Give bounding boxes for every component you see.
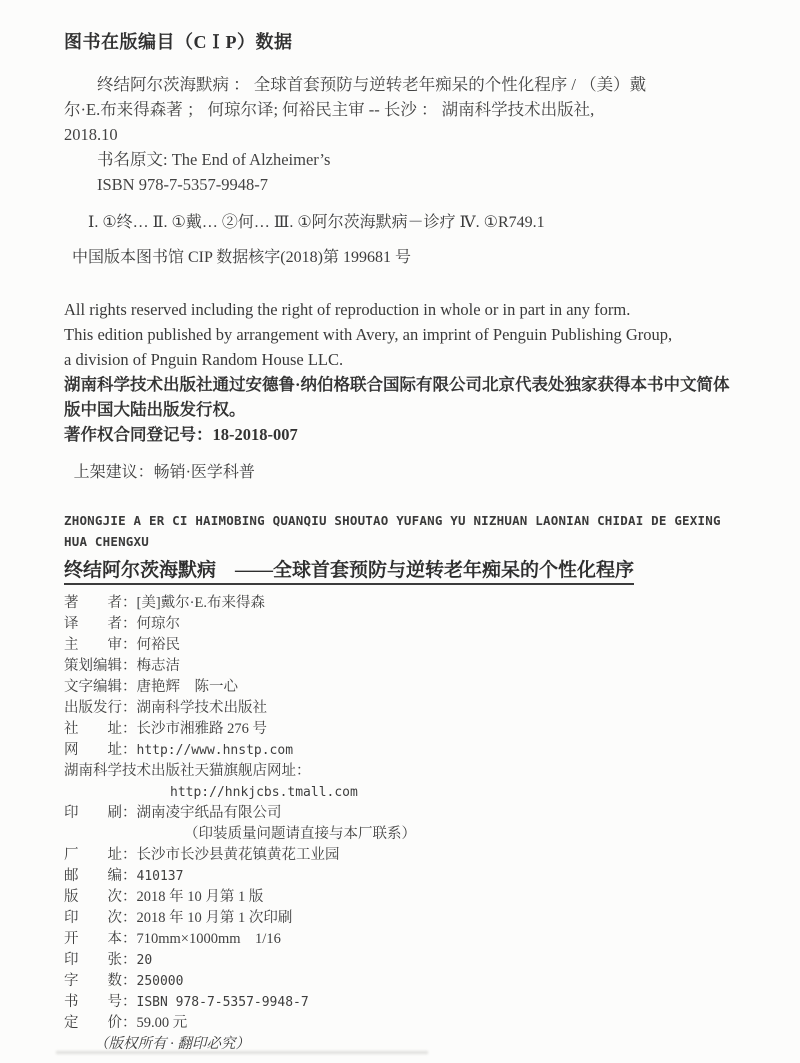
info-row-office-address: 社 址：长沙市湘雅路 276 号 [64, 719, 762, 740]
page-body: 图书在版编目（CＩP）数据 终结阿尔茨海默病 ： 全球首套预防与逆转老年痴呆的个… [0, 0, 800, 1055]
info-value: 2018 年 10 月第 1 次印刷 [137, 910, 293, 926]
rights-line-zh-2: 版中国大陆出版发行权。 [64, 397, 762, 422]
info-value: 长沙市长沙县黄花镇黄花工业园 [137, 847, 340, 863]
info-row-price: 定 价：59.00 元 [64, 1013, 762, 1034]
info-value: 2018 年 10 月第 1 版 [137, 889, 264, 905]
info-row-format: 开 本：710mm×1000mm 1/16 [64, 929, 762, 950]
info-value: 何裕民 [137, 637, 181, 653]
info-row-tmall-note: 湖南科学技术出版社天猫旗舰店网址： [64, 761, 762, 782]
info-value: 湖南科学技术出版社 [137, 700, 268, 716]
info-value: [美]戴尔·E.布来得森 [137, 595, 265, 611]
info-value: 何琼尔 [137, 616, 181, 632]
cip-record-line-1: 终结阿尔茨海默病 ： 全球首套预防与逆转老年痴呆的个性化程序 / （美）戴 [64, 72, 762, 97]
info-value: 湖南凌宇纸品有限公司 [137, 805, 282, 821]
rights-line-en-3: a division of Pnguin Random House LLC. [64, 347, 762, 372]
info-label: 字 数： [64, 973, 137, 989]
info-row-translator: 译 者：何琼尔 [64, 614, 762, 635]
pinyin-line-2: HUA CHENGXU [64, 531, 762, 552]
info-label: 印 刷： [64, 805, 137, 821]
info-label: 厂 址： [64, 847, 137, 863]
rights-block: All rights reserved including the right … [64, 297, 762, 447]
cip-registry-line: 中国版本图书馆 CIP 数据核字(2018)第 199681 号 [64, 244, 762, 267]
info-row-impression: 印 次：2018 年 10 月第 1 次印刷 [64, 908, 762, 929]
info-value: 710mm×1000mm 1/16 [137, 931, 281, 947]
info-value: 唐艳辉 陈一心 [137, 679, 239, 695]
pinyin-line-1: ZHONGJIE A ER CI HAIMOBING QUANQIU SHOUT… [64, 510, 762, 531]
rights-line-en-1: All rights reserved including the right … [64, 297, 762, 322]
info-row-author: 著 者：[美]戴尔·E.布来得森 [64, 593, 762, 614]
info-value: ISBN 978-7-5357-9948-7 [137, 995, 309, 1010]
rights-line-en-2: This edition published by arrangement wi… [64, 322, 762, 347]
title-block: ZHONGJIE A ER CI HAIMOBING QUANQIU SHOUT… [64, 510, 762, 585]
info-row-edition: 版 次：2018 年 10 月第 1 版 [64, 887, 762, 908]
print-quality-note: （印装质量问题请直接与本厂联系） [64, 824, 762, 845]
tmall-store-url: http://hnkjcbs.tmall.com [64, 782, 762, 803]
info-row-book-number: 书 号：ISBN 978-7-5357-9948-7 [64, 992, 762, 1013]
original-title-line: 书名原文: The End of Alzheimer’s [64, 147, 762, 172]
info-label: 印 张： [64, 952, 137, 968]
info-label: 社 址： [64, 721, 137, 737]
info-label: 印 次： [64, 910, 137, 926]
info-row-factory-address: 厂 址：长沙市长沙县黄花镇黄花工业园 [64, 845, 762, 866]
info-value: 梅志洁 [137, 658, 181, 674]
info-row-printer: 印 刷：湖南凌宇纸品有限公司 [64, 803, 762, 824]
info-row-text-editor: 文字编辑：唐艳辉 陈一心 [64, 677, 762, 698]
info-label: 文字编辑： [64, 679, 137, 695]
info-row-reviewer: 主 审：何裕民 [64, 635, 762, 656]
book-title: 终结阿尔茨海默病 ——全球首套预防与逆转老年痴呆的个性化程序 [64, 555, 634, 585]
info-row-planning-editor: 策划编辑：梅志洁 [64, 656, 762, 677]
copyright-contract-line: 著作权合同登记号：18-2018-007 [64, 422, 762, 447]
info-label: 网 址： [64, 742, 137, 758]
cip-heading: 图书在版编目（CＩP）数据 [64, 28, 762, 54]
scanned-copyright-page: { "colors": { "background": "#fcfcfb", "… [0, 0, 800, 1063]
scan-smudge-bottom [56, 1051, 428, 1054]
info-label: 译 者： [64, 616, 137, 632]
info-label: 版 次： [64, 889, 137, 905]
info-row-postal-code: 邮 编：410137 [64, 866, 762, 887]
info-label: 著 者： [64, 595, 137, 611]
info-label: 邮 编： [64, 868, 137, 884]
info-row-publisher: 出版发行：湖南科学技术出版社 [64, 698, 762, 719]
info-row-word-count: 字 数：250000 [64, 971, 762, 992]
info-value: 410137 [137, 869, 184, 884]
cip-record-line-2: 尔·E.布来得森著 ； 何琼尔译; 何裕民主审 -- 长沙 ： 湖南科学技术出版… [64, 97, 762, 122]
info-value: 250000 [137, 974, 184, 989]
info-value: 59.00 元 [137, 1015, 188, 1031]
info-label: 主 审： [64, 637, 137, 653]
info-row-sheets: 印 张：20 [64, 950, 762, 971]
cip-record-line-3: 2018.10 [64, 122, 762, 147]
isbn-line: ISBN 978-7-5357-9948-7 [64, 172, 762, 197]
info-label: 出版发行： [64, 700, 137, 716]
publication-info-list: 著 者：[美]戴尔·E.布来得森 译 者：何琼尔 主 审：何裕民 策划编辑：梅志… [64, 593, 762, 1055]
cip-record-block: 终结阿尔茨海默病 ： 全球首套预防与逆转老年痴呆的个性化程序 / （美）戴 尔·… [64, 72, 762, 197]
info-label: 开 本： [64, 931, 137, 947]
rights-line-zh-1: 湖南科学技术出版社通过安德鲁·纳伯格联合国际有限公司北京代表处独家获得本书中文简… [64, 372, 762, 397]
info-label: 定 价： [64, 1015, 137, 1031]
shelf-suggestion-line: 上架建议：畅销·医学科普 [64, 459, 762, 482]
info-label: 策划编辑： [64, 658, 137, 674]
info-value: 长沙市湘雅路 276 号 [137, 721, 268, 737]
info-row-website: 网 址：http://www.hnstp.com [64, 740, 762, 761]
cip-classification-line: Ⅰ. ①终… Ⅱ. ①戴… ②何… Ⅲ. ①阿尔茨海默病－诊疗 Ⅳ. ①R749… [64, 209, 762, 232]
publisher-website-url: http://www.hnstp.com [137, 743, 294, 758]
info-label: 书 号： [64, 994, 137, 1010]
info-value: 20 [137, 953, 153, 968]
